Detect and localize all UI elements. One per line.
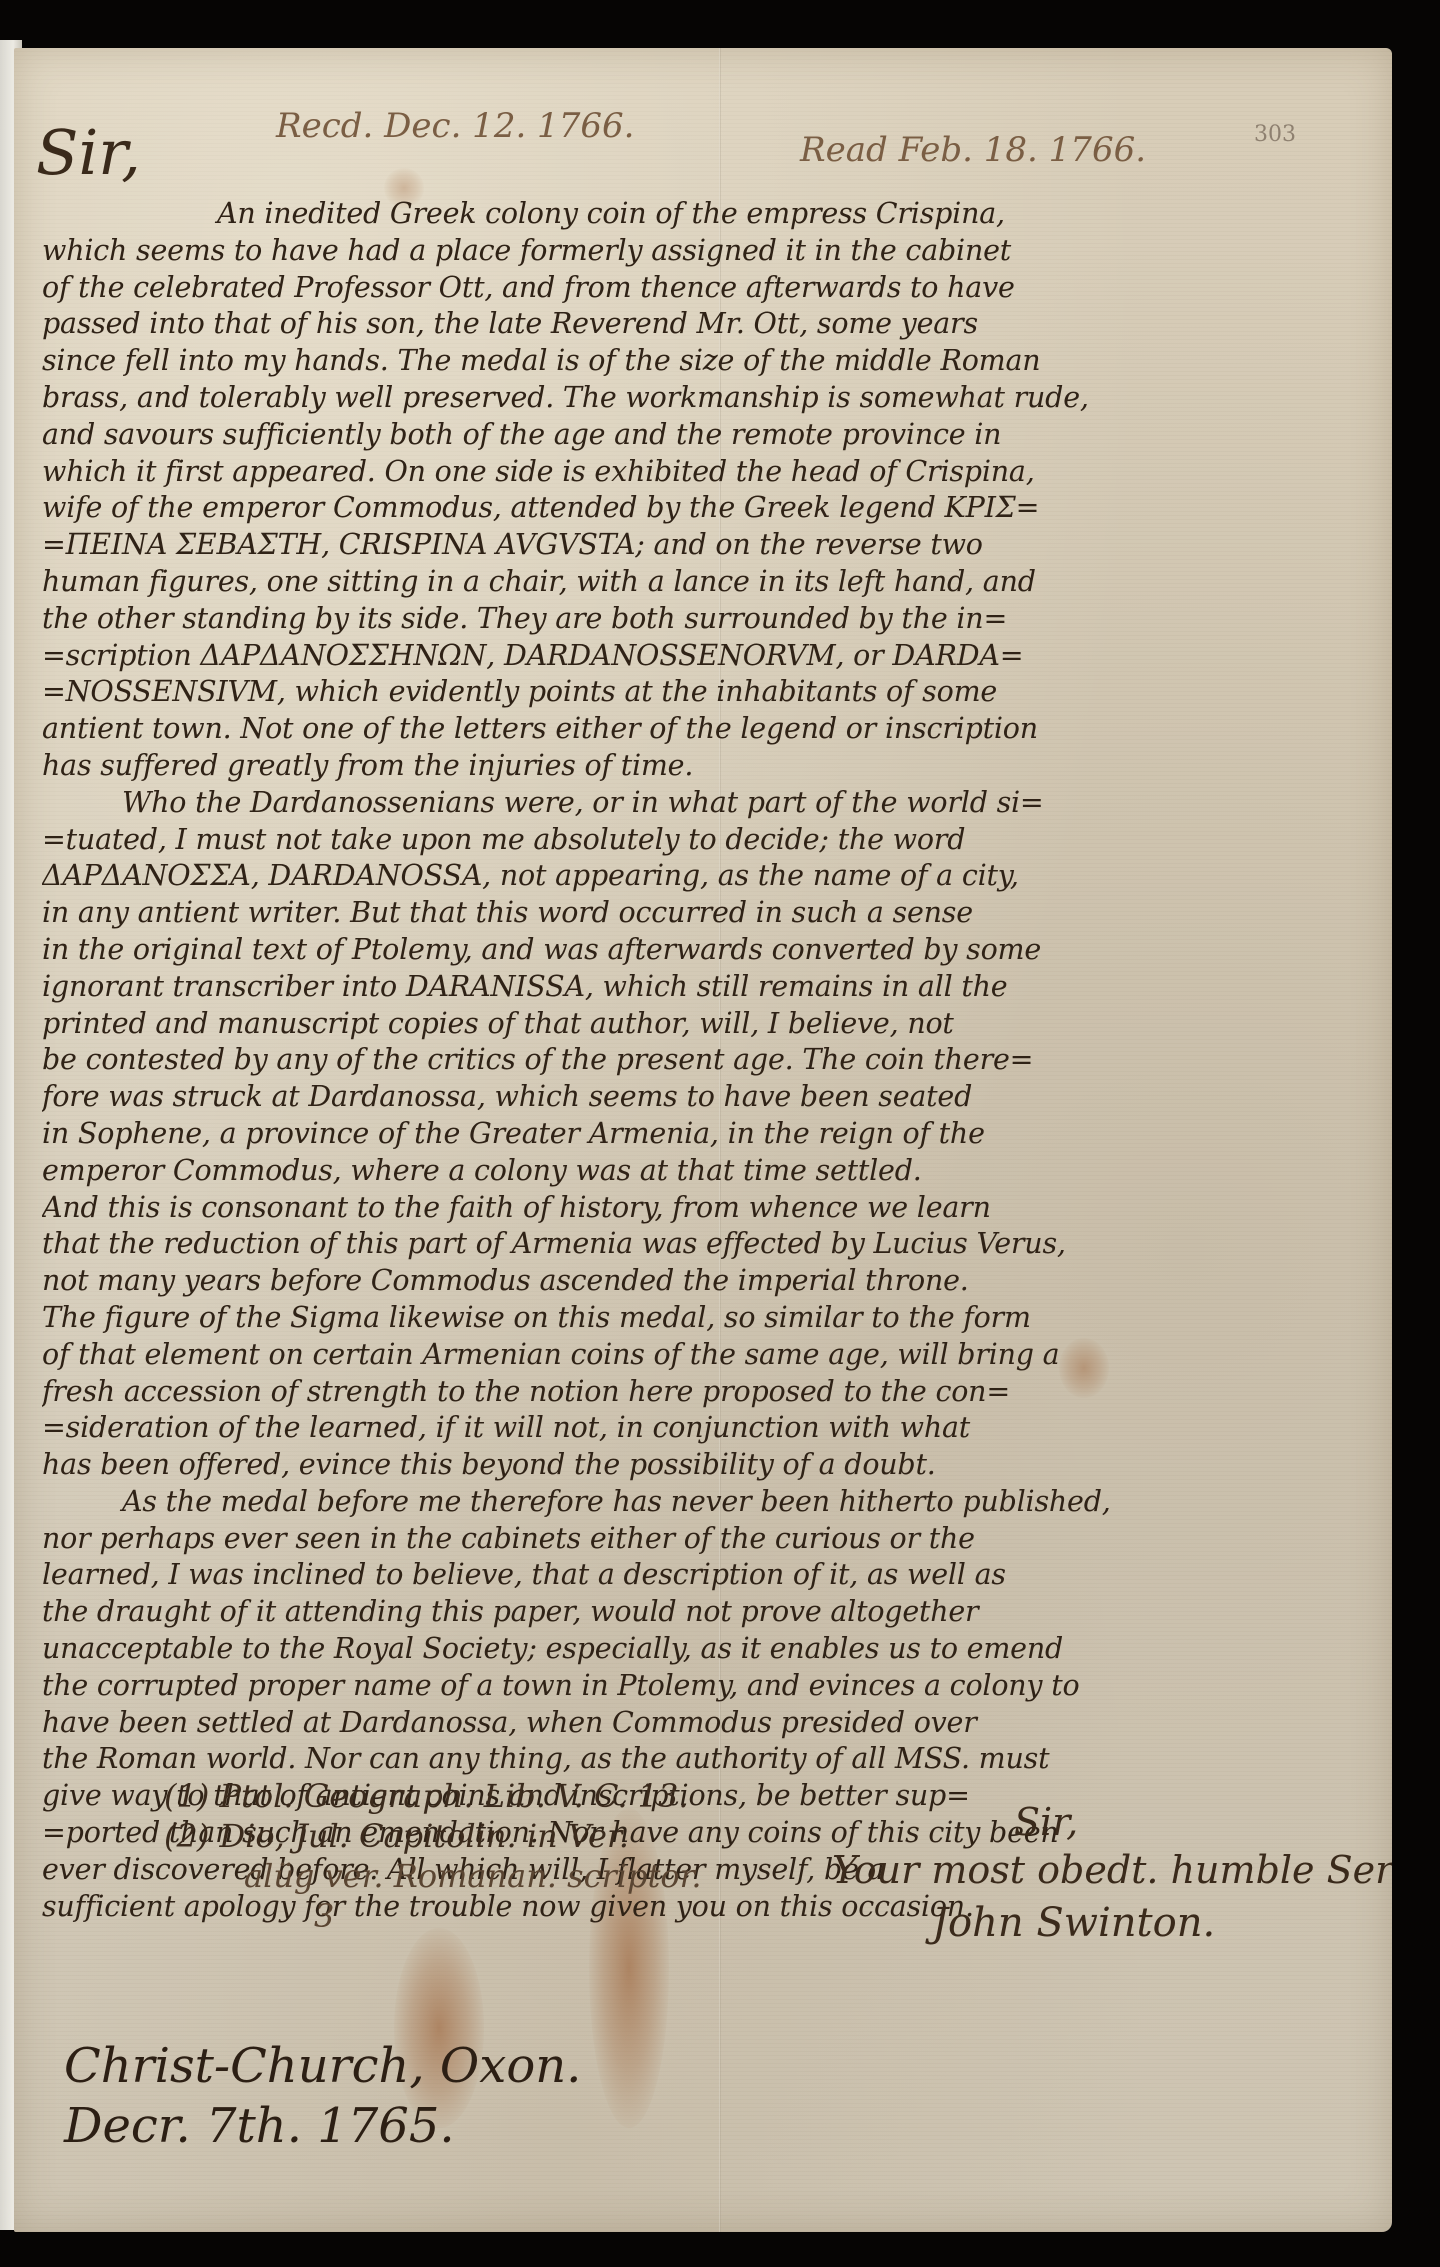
body-line: Who the Dardanossenians were, or in what… xyxy=(42,785,1392,822)
body-line: since fell into my hands. The medal is o… xyxy=(42,343,1392,380)
body-line: ignorant transcriber into DARANISSA, whi… xyxy=(42,969,1392,1006)
body-line: =scription ΔΑΡΔΑΝΟΣΣΗΝΩΝ, DARDANOSSENORV… xyxy=(42,638,1392,675)
date-of-writing: Decr. 7th. 1765. xyxy=(64,2098,455,2154)
body-line: human figures, one sitting in a chair, w… xyxy=(42,564,1392,601)
body-line: =tuated, I must not take upon me absolut… xyxy=(42,822,1392,859)
footnote-page-ref: 3 xyxy=(164,1896,702,1936)
body-line: the other standing by its side. They are… xyxy=(42,601,1392,638)
body-line: which it first appeared. On one side is … xyxy=(42,454,1392,491)
body-line: =sideration of the learned, if it will n… xyxy=(42,1410,1392,1447)
body-line: learned, I was inclined to believe, that… xyxy=(42,1557,1392,1594)
body-line: ΔΑΡΔΑΝΟΣΣΑ, DARDANOSSA, not appearing, a… xyxy=(42,858,1392,895)
body-line: The figure of the Sigma likewise on this… xyxy=(42,1300,1392,1337)
body-line: emperor Commodus, where a colony was at … xyxy=(42,1153,1392,1190)
body-line: nor perhaps ever seen in the cabinets ei… xyxy=(42,1521,1392,1558)
body-line: printed and manuscript copies of that au… xyxy=(42,1006,1392,1043)
closing-phrase: Your most obedt. humble Servt. xyxy=(832,1848,1392,1892)
signature: John Swinton. xyxy=(932,1900,1215,1946)
body-line: in any antient writer. But that this wor… xyxy=(42,895,1392,932)
place-of-writing: Christ-Church, Oxon. xyxy=(64,2038,581,2094)
body-line: An inedited Greek colony coin of the emp… xyxy=(42,196,1392,233)
received-annotation: Recd. Dec. 12. 1766. xyxy=(276,106,634,146)
body-line: be contested by any of the critics of th… xyxy=(42,1042,1392,1079)
body-line: =NOSSENSIVM, which evidently points at t… xyxy=(42,674,1392,711)
body-line: and savours sufficiently both of the age… xyxy=(42,417,1392,454)
body-line: antient town. Not one of the letters eit… xyxy=(42,711,1392,748)
body-line: brass, and tolerably well preserved. The… xyxy=(42,380,1392,417)
body-line: have been settled at Dardanossa, when Co… xyxy=(42,1705,1392,1742)
body-line: not many years before Commodus ascended … xyxy=(42,1263,1392,1300)
body-line: fresh accession of strength to the notio… xyxy=(42,1374,1392,1411)
body-line: has suffered greatly from the injuries o… xyxy=(42,748,1392,785)
body-line: the draught of it attending this paper, … xyxy=(42,1594,1392,1631)
body-line: unacceptable to the Royal Society; espec… xyxy=(42,1631,1392,1668)
body-line: =ΠΕΙΝΑ ΣΕΒΑΣΤΗ, CRISPINA AVGVSTA; and on… xyxy=(42,527,1392,564)
body-line: of that element on certain Armenian coin… xyxy=(42,1337,1392,1374)
folio-number: 303 xyxy=(1254,122,1296,147)
footnote-2-continuation: alüg ver. Romanan. scriptor. xyxy=(164,1856,702,1896)
footnotes: (1) Ptol. Geograph. Lib. V. C. 13. (2) D… xyxy=(164,1776,702,1936)
body-line: that the reduction of this part of Armen… xyxy=(42,1226,1392,1263)
footnote-2: (2) Dio, Jul. Capitolin. in Ver. xyxy=(164,1816,702,1856)
body-line: which seems to have had a place formerly… xyxy=(42,233,1392,270)
closing-salutation: Sir, xyxy=(1014,1800,1078,1844)
body-line: As the medal before me therefore has nev… xyxy=(42,1484,1392,1521)
body-line: wife of the emperor Commodus, attended b… xyxy=(42,490,1392,527)
document-viewer: Sir, Recd. Dec. 12. 1766. Read Feb. 18. … xyxy=(0,0,1440,2267)
salutation: Sir, xyxy=(36,116,141,189)
body-line: has been offered, evince this beyond the… xyxy=(42,1447,1392,1484)
body-line: And this is consonant to the faith of hi… xyxy=(42,1190,1392,1227)
manuscript-page: Sir, Recd. Dec. 12. 1766. Read Feb. 18. … xyxy=(14,48,1392,2232)
footnote-1: (1) Ptol. Geograph. Lib. V. C. 13. xyxy=(164,1776,702,1816)
body-line: of the celebrated Professor Ott, and fro… xyxy=(42,270,1392,307)
body-line: fore was struck at Dardanossa, which see… xyxy=(42,1079,1392,1116)
body-line: passed into that of his son, the late Re… xyxy=(42,306,1392,343)
body-line: the corrupted proper name of a town in P… xyxy=(42,1668,1392,1705)
body-line: in Sophene, a province of the Greater Ar… xyxy=(42,1116,1392,1153)
read-annotation: Read Feb. 18. 1766. xyxy=(800,130,1146,170)
body-line: the Roman world. Nor can any thing, as t… xyxy=(42,1741,1392,1778)
letter-body: An inedited Greek colony coin of the emp… xyxy=(42,196,1392,1925)
body-line: in the original text of Ptolemy, and was… xyxy=(42,932,1392,969)
